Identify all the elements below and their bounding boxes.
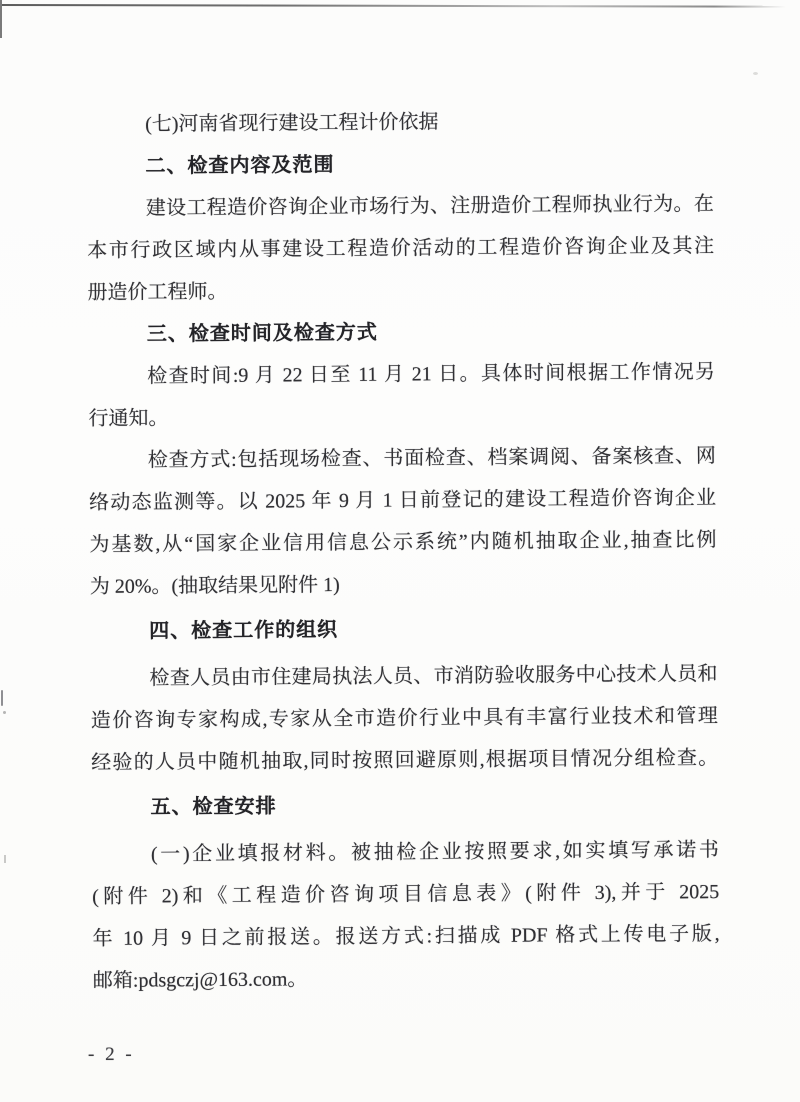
- scan-artifact-mark: [1, 690, 3, 706]
- text-line: 建设工程造价咨询企业市场行为、注册造价工程师执业行为。在: [87, 183, 714, 230]
- scan-artifact-dot: [753, 72, 758, 75]
- scan-artifact-mark: [4, 855, 6, 863]
- text-line: (附件 2)和《工程造价咨询项目信息表》(附件 3),并于 2025: [92, 871, 719, 918]
- text-line: (一)企业填报材料。被抽检企业按照要求,如实填写承诺书: [92, 829, 719, 876]
- page-number: - 2 -: [88, 1042, 135, 1068]
- text-line: 行通知。: [88, 393, 715, 440]
- document-lines: (七)河南省现行建设工程计价依据二、检查内容及范围建设工程造价咨询企业市场行为、…: [86, 99, 720, 1002]
- text-line: 经验的人员中随机抽取,同时按照回避原则,根据项目情况分组检查。: [91, 737, 718, 784]
- text-line: (七)河南省现行建设工程计价依据: [86, 99, 713, 146]
- section-heading: 二、检查内容及范围: [86, 141, 713, 188]
- scan-edge-top-line: [0, 4, 794, 8]
- text-line: 检查时间:9 月 22 日至 11 月 21 日。具体时间根据工作情况另: [88, 351, 715, 398]
- section-heading: 三、检查时间及检查方式: [88, 309, 715, 356]
- scanned-document-page: (七)河南省现行建设工程计价依据二、检查内容及范围建设工程造价咨询企业市场行为、…: [0, 0, 800, 1102]
- text-line: 络动态监测等。以 2025 年 9 月 1 日前登记的建设工程造价咨询企业: [89, 477, 716, 524]
- text-line: 邮箱:pdsgczj@163.com。: [93, 955, 720, 1002]
- text-line: 为 20%。(抽取结果见附件 1): [90, 561, 717, 608]
- text-line: 本市行政区域内从事建设工程造价活动的工程造价咨询企业及其注: [87, 225, 714, 272]
- section-heading: 四、检查工作的组织: [90, 606, 717, 653]
- text-line: 检查人员由市住建局执法人员、市消防验收服务中心技术人员和: [90, 653, 717, 700]
- scan-artifact-dot: [3, 711, 6, 714]
- text-line: 检查方式:包括现场检查、书面检查、档案调阅、备案核查、网: [89, 435, 716, 482]
- text-line: 为基数,从“国家企业信用信息公示系统”内随机抽取企业,抽查比例: [89, 519, 716, 566]
- text-line: 年 10 月 9 日之前报送。报送方式:扫描成 PDF 格式上传电子版,: [92, 913, 719, 960]
- text-line: 造价咨询专家构成,专家从全市造价行业中具有丰富行业技术和管理: [91, 695, 718, 742]
- section-heading: 五、检查安排: [91, 782, 718, 829]
- text-line: 册造价工程师。: [87, 267, 714, 314]
- scan-edge-left-tick: [0, 0, 2, 38]
